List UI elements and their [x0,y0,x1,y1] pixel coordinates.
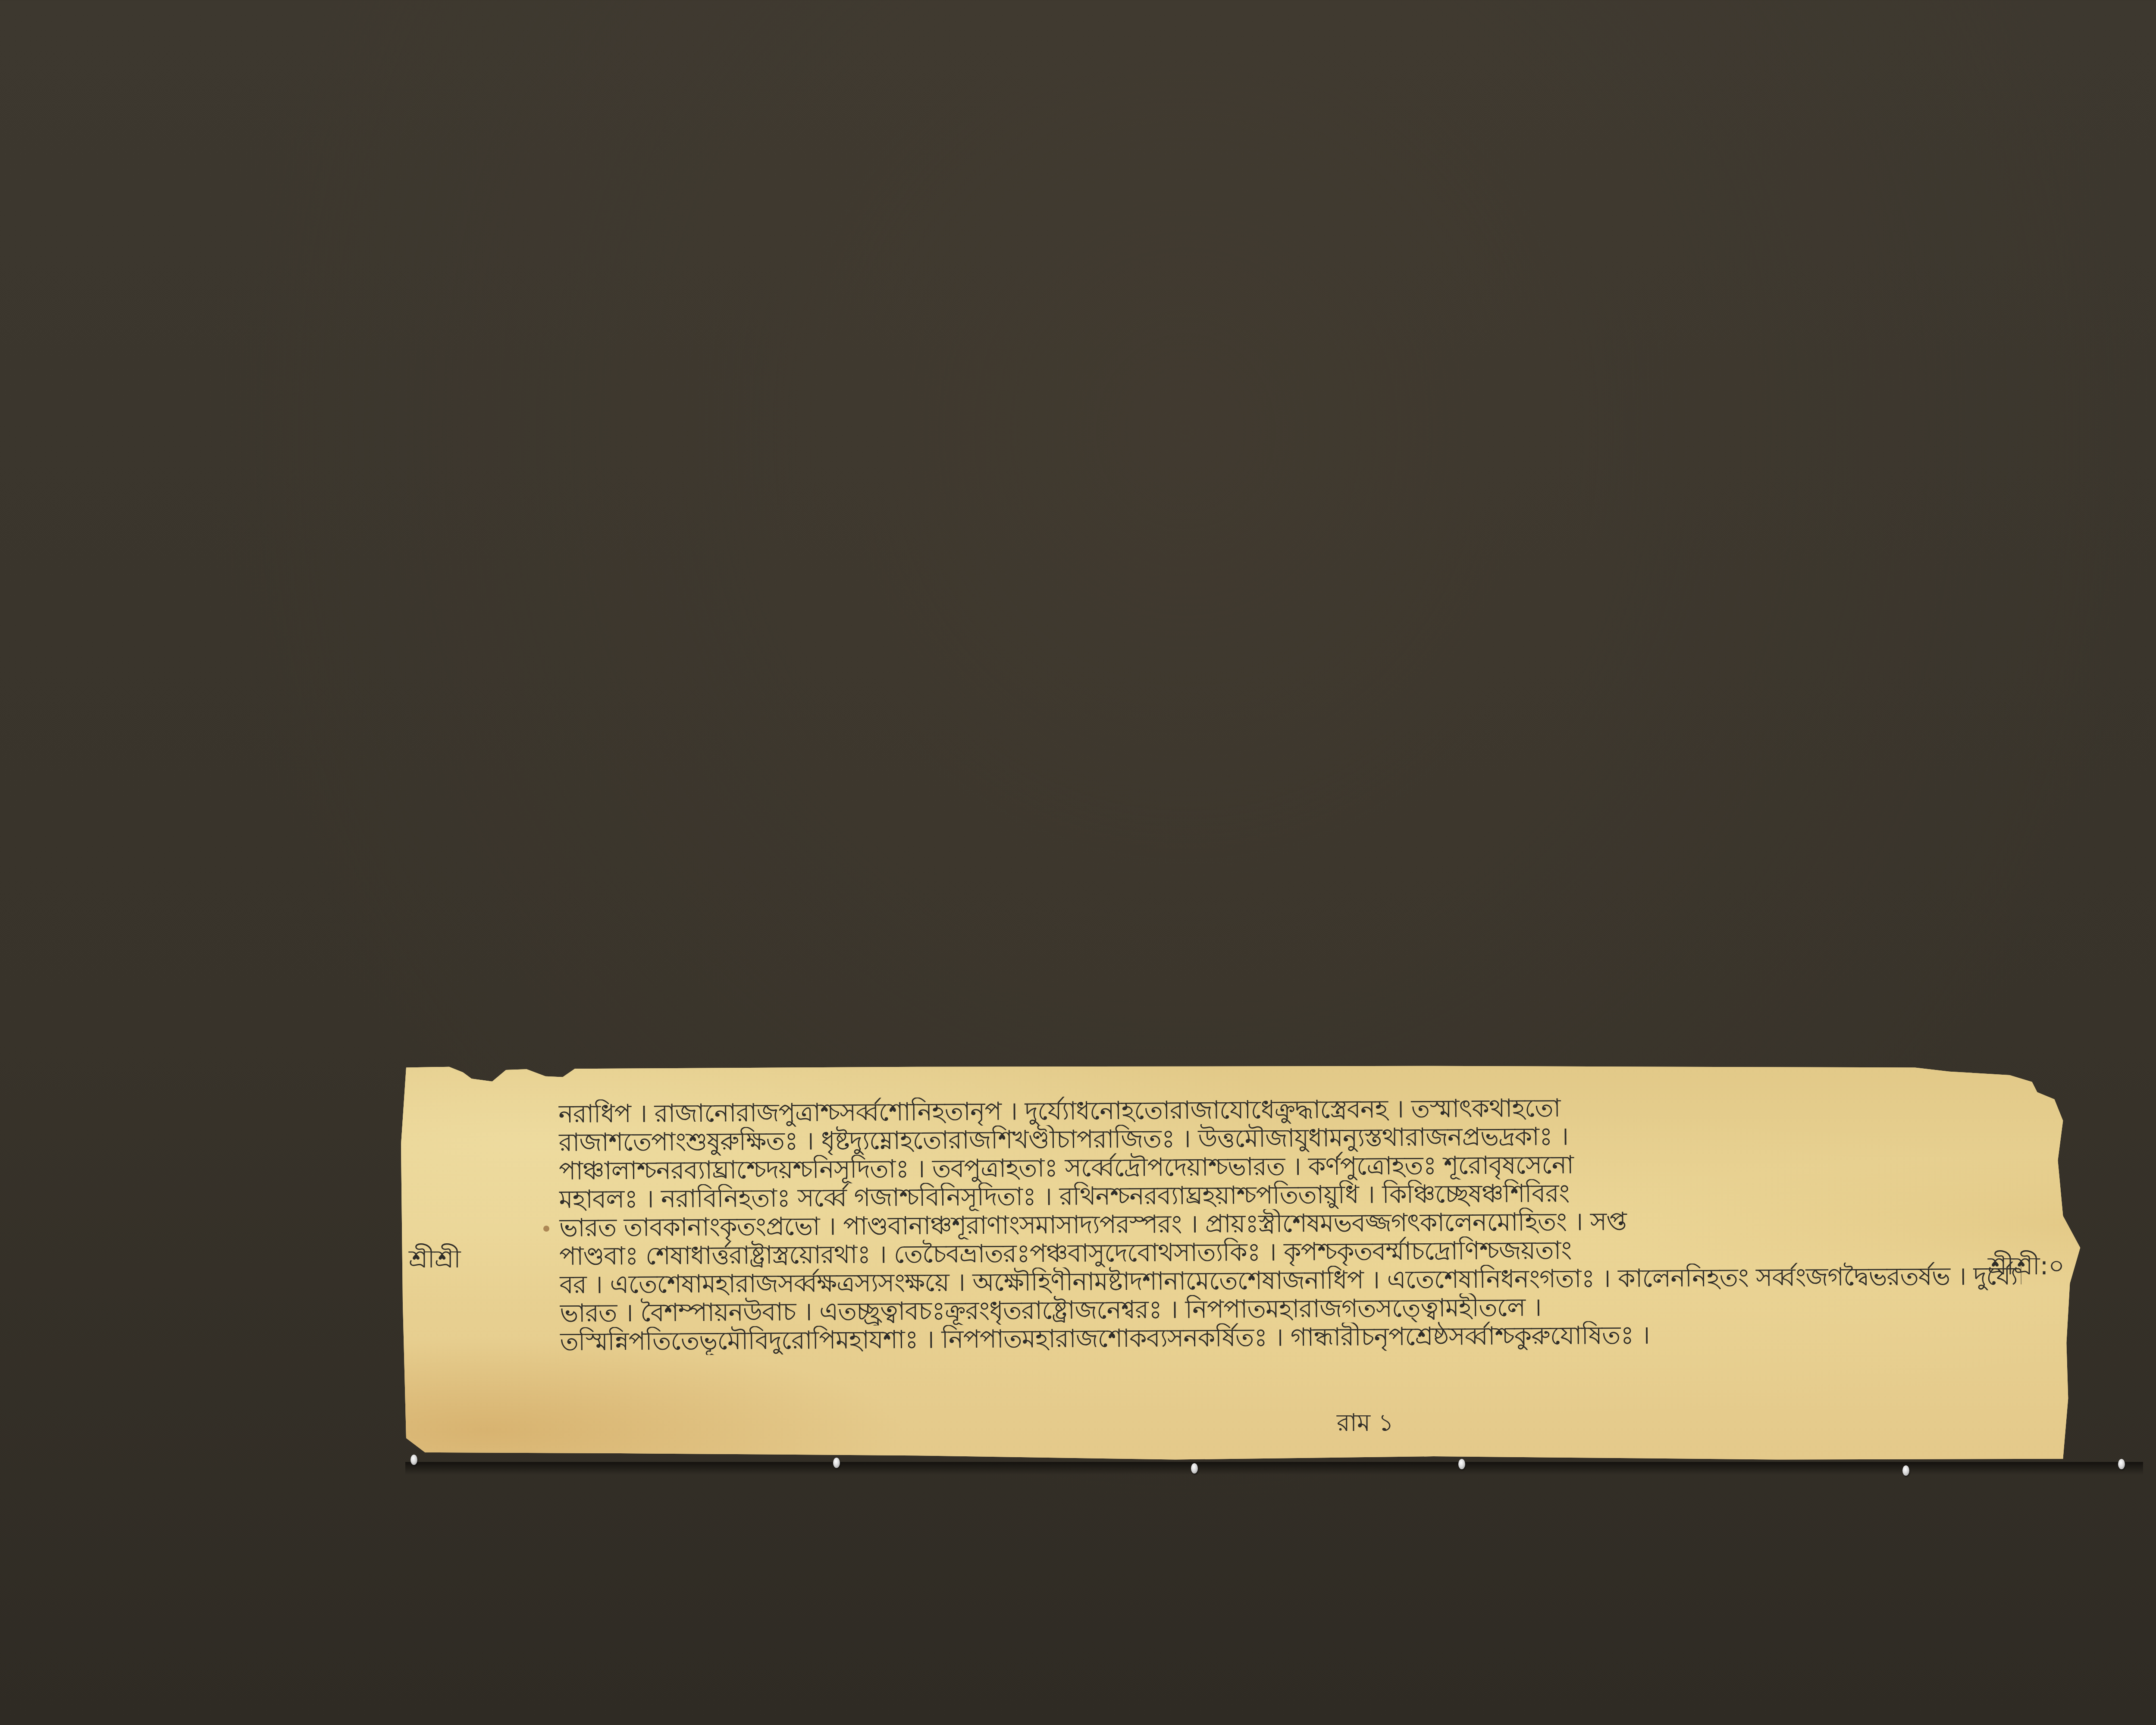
folio-number: রাম ১ [1337,1410,1394,1436]
leaf-shadow [405,1462,2143,1475]
pin-icon [2118,1459,2125,1469]
left-margin-invocation: শ্রীশ্রী [409,1245,461,1273]
pin-icon [1191,1463,1198,1474]
pin-icon [833,1458,840,1468]
ink-stain [543,1226,549,1232]
manuscript-leaf: শ্রীশ্রী শ্রীশ্রী:০ নরাধিপ । রাজানোরাজপু… [401,1065,2122,1462]
pin-icon [411,1455,417,1465]
pin-icon [1458,1459,1465,1469]
pin-icon [1902,1465,1909,1476]
manuscript-text-block: নরাধিপ । রাজানোরাজপুত্রাশ্চসর্ব্বশোনিহতা… [558,1091,2022,1356]
